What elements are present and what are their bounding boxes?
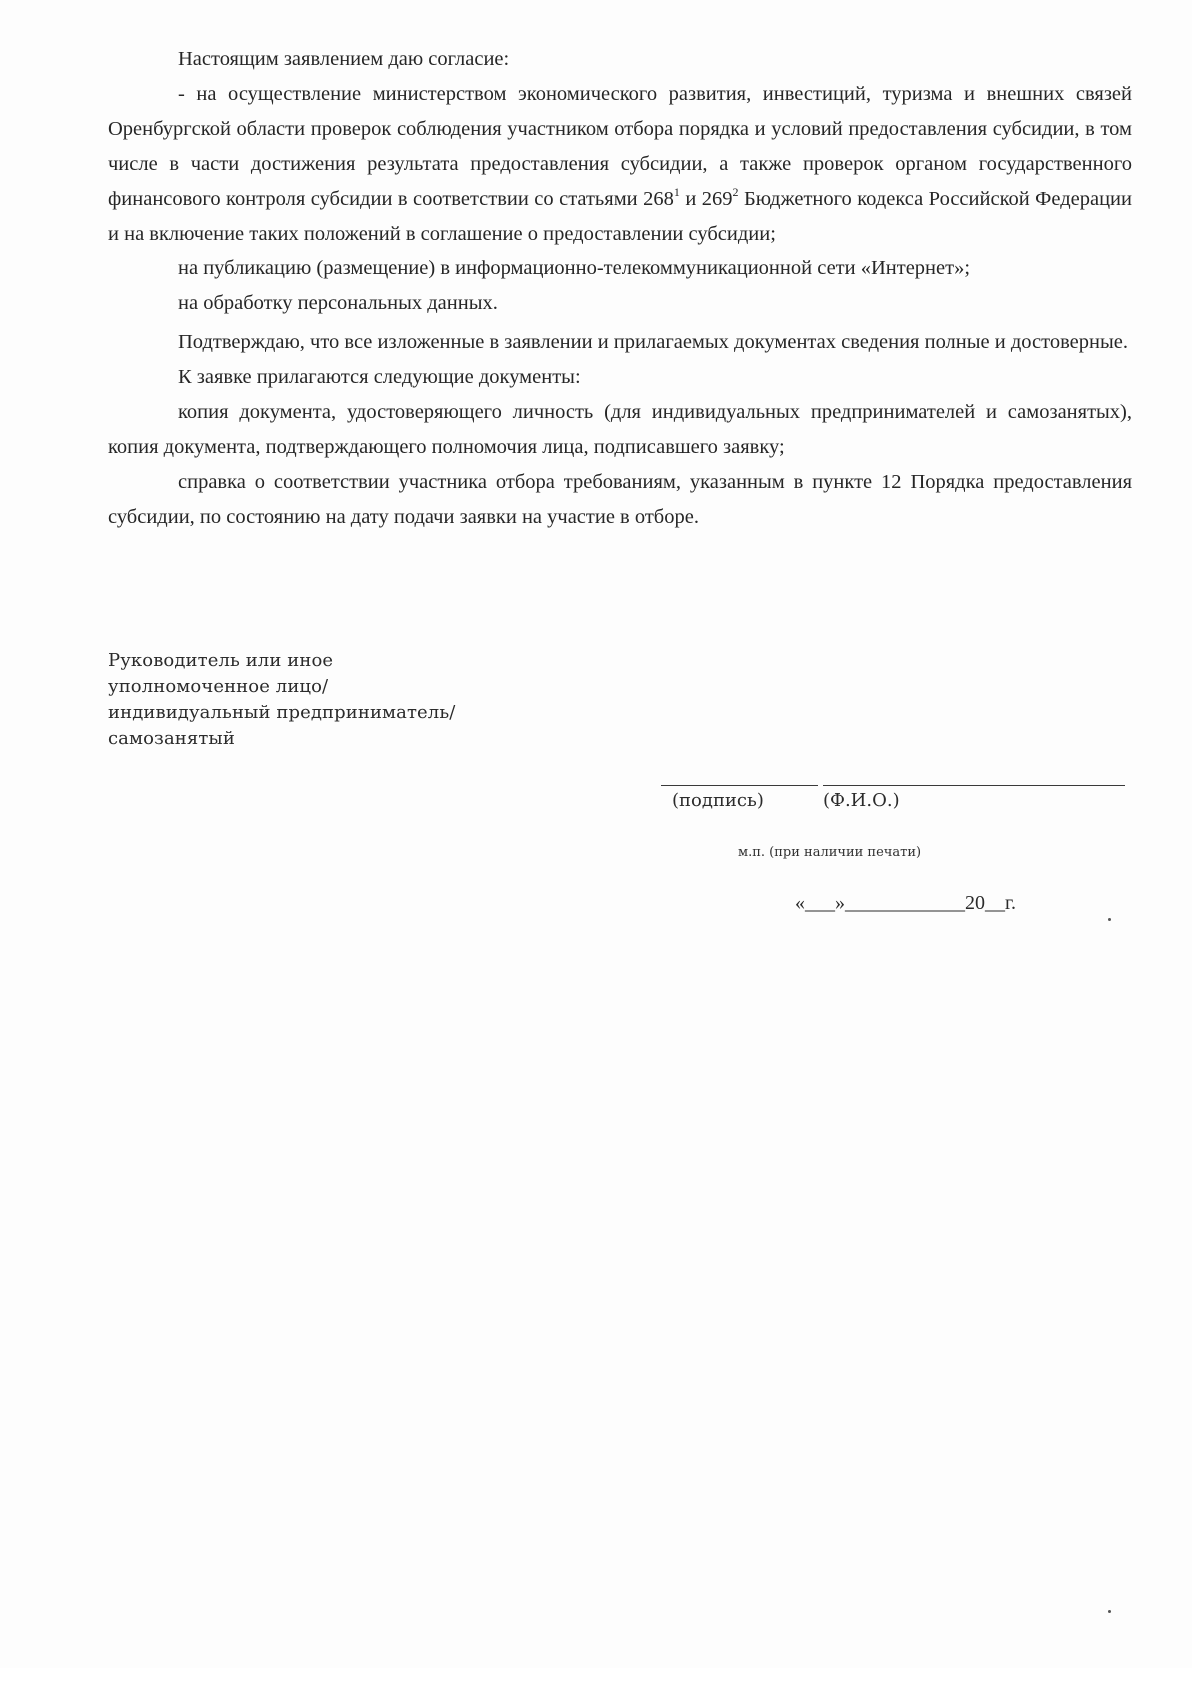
consent-checks-paragraph: - на осуществление министерством экономи… xyxy=(108,77,1132,252)
consent-checks-text-2: и 269 xyxy=(680,188,733,210)
consent-publication: на публикацию (размещение) в информацион… xyxy=(108,251,1132,286)
signatory-role-line: индивидуальный предприниматель/ xyxy=(108,700,455,726)
signatory-role-line: самозанятый xyxy=(108,726,455,752)
signatory-role-line: уполномоченное лицо/ xyxy=(108,674,455,700)
signatory-role-line: Руководитель или иное xyxy=(108,648,455,674)
scan-speck xyxy=(1108,918,1111,921)
full-name-label: (Ф.И.О.) xyxy=(823,790,900,811)
signature-blank-line xyxy=(661,785,818,786)
attachments-intro: К заявке прилагаются следующие документы… xyxy=(108,360,1132,395)
attachment-item-2: справка о соответствии участника отбора … xyxy=(108,465,1132,535)
full-name-blank-line xyxy=(823,785,1125,786)
consent-intro: Настоящим заявлением даю согласие: xyxy=(108,42,1132,77)
signatory-role: Руководитель или иное уполномоченное лиц… xyxy=(108,648,455,752)
document-body: Настоящим заявлением даю согласие: - на … xyxy=(108,42,1132,535)
consent-personal-data: на обработку персональных данных. xyxy=(108,286,1132,321)
document-page: Настоящим заявлением даю согласие: - на … xyxy=(0,0,1192,1668)
scan-speck xyxy=(1108,1610,1111,1613)
signature-label: (подпись) xyxy=(672,790,764,811)
attachment-item-1: копия документа, удостоверяющего личност… xyxy=(108,395,1132,465)
footnote-marker-2: 2 xyxy=(733,185,739,199)
footnote-marker-1: 1 xyxy=(674,185,680,199)
date-blank: «___»____________20__г. xyxy=(795,892,1016,915)
stamp-note: м.п. (при наличии печати) xyxy=(738,845,921,860)
confirmation-paragraph: Подтверждаю, что все изложенные в заявле… xyxy=(108,325,1132,360)
